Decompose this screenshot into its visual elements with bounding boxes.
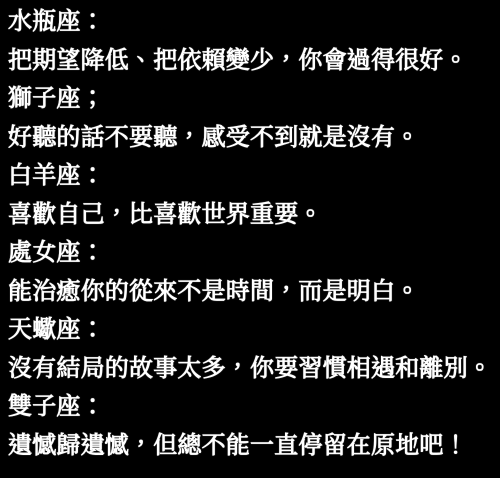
zodiac-sign-heading: 天蠍座：	[8, 311, 494, 350]
zodiac-quote: 沒有結局的故事太多，你要習慣相遇和離別。	[8, 350, 494, 389]
zodiac-sign-heading: 水瓶座：	[8, 3, 494, 42]
zodiac-quote: 遺憾歸遺憾，但總不能一直停留在原地吧！	[8, 427, 494, 466]
zodiac-quote: 把期望降低、把依賴變少，你會過得很好。	[8, 42, 494, 81]
zodiac-sign-heading: 白羊座：	[8, 157, 494, 196]
zodiac-sign-heading: 獅子座；	[8, 80, 494, 119]
zodiac-sign-heading: 雙子座：	[8, 388, 494, 427]
zodiac-sign-heading: 處女座：	[8, 234, 494, 273]
zodiac-quote: 喜歡自己，比喜歡世界重要。	[8, 196, 494, 235]
zodiac-quotes-card: 水瓶座： 把期望降低、把依賴變少，你會過得很好。 獅子座； 好聽的話不要聽，感受…	[0, 0, 500, 478]
zodiac-quote: 能治癒你的從來不是時間，而是明白。	[8, 273, 494, 312]
zodiac-quote: 好聽的話不要聽，感受不到就是沒有。	[8, 119, 494, 158]
